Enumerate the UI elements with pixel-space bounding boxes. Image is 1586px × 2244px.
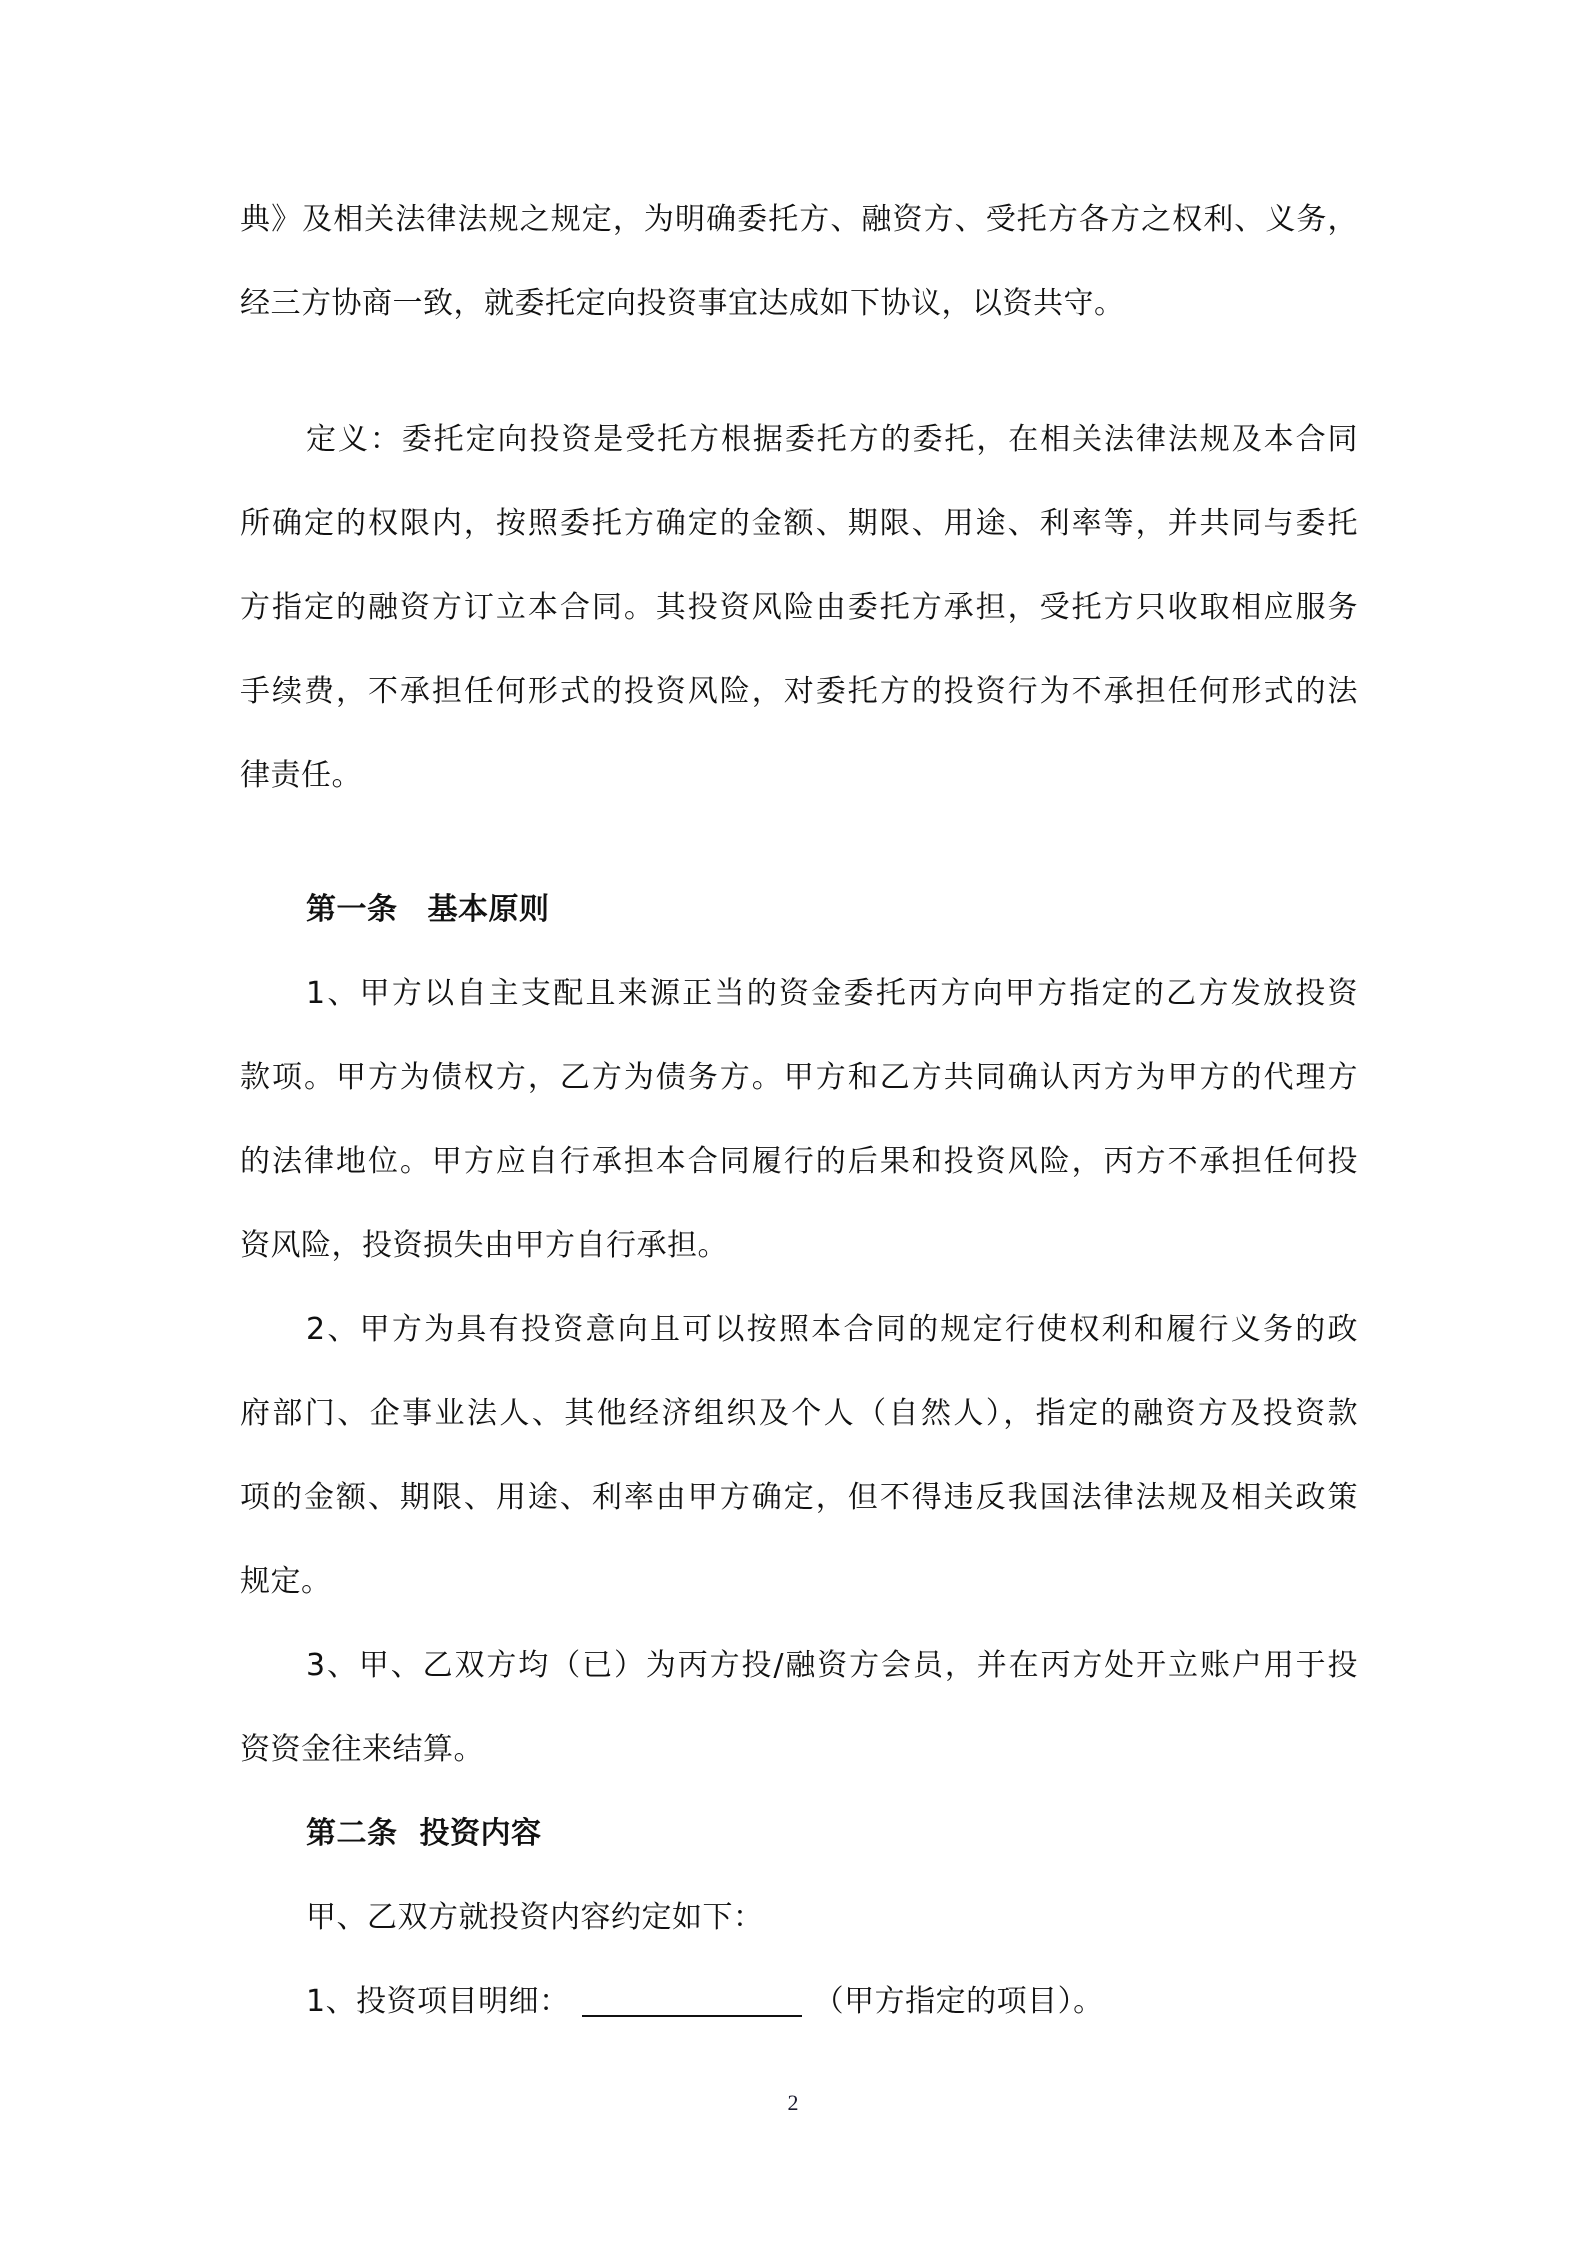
clause-2-line-4: 规定。 [240,1562,332,1602]
clause-3-line-2: 资资金往来结算。 [240,1730,484,1770]
intro-line-1: 典》及相关法律法规之规定，为明确委托方、融资方、受托方各方之权利、义务， [240,200,1358,240]
definition-line-4: 手续费，不承担任何形式的投资风险，对委托方的投资行为不承担任何形式的法 [240,672,1358,712]
clause-2-line-2: 府部门、企事业法人、其他经济组织及个人（自然人），指定的融资方及投资款 [240,1394,1358,1434]
page-number: 2 [0,2090,1586,2116]
investment-project-label: 1、投资项目明细： [306,1984,570,2019]
article-2-item-1: 1、投资项目明细：（甲方指定的项目）。 [306,1982,1104,2022]
clause-2-line-3: 项的金额、期限、用途、利率由甲方确定，但不得违反我国法律法规及相关政策 [240,1478,1358,1518]
definition-line-3: 方指定的融资方订立本合同。其投资风险由委托方承担，受托方只收取相应服务 [240,588,1358,628]
article-2-number: 第二条 [306,1816,398,1851]
article-1-heading: 第一条基本原则 [306,890,550,930]
clause-1-line-4: 资风险，投资损失由甲方自行承担。 [240,1226,728,1266]
definition-line-5: 律责任。 [240,756,362,796]
article-2-heading: 第二条投资内容 [306,1814,542,1854]
article-2-intro: 甲、乙双方就投资内容约定如下： [306,1898,764,1938]
definition-line-2: 所确定的权限内，按照委托方确定的金额、期限、用途、利率等，并共同与委托 [240,504,1358,544]
intro-line-2: 经三方协商一致，就委托定向投资事宜达成如下协议，以资共守。 [240,284,1125,324]
clause-1-line-1: 1、甲方以自主支配且来源正当的资金委托丙方向甲方指定的乙方发放投资 [306,974,1358,1014]
article-2-title: 投资内容 [420,1816,542,1851]
article-1-number: 第一条 [306,892,398,927]
clause-2-line-1: 2、甲方为具有投资意向且可以按照本合同的规定行使权利和履行义务的政 [306,1310,1358,1350]
investment-project-blank-field[interactable] [582,1985,802,2017]
clause-1-line-3: 的法律地位。甲方应自行承担本合同履行的后果和投资风险，丙方不承担任何投 [240,1142,1358,1182]
clause-1-line-2: 款项。甲方为债权方，乙方为债务方。甲方和乙方共同确认丙方为甲方的代理方 [240,1058,1358,1098]
clause-3-line-1: 3、甲、乙双方均（已）为丙方投/融资方会员，并在丙方处开立账户用于投 [306,1646,1358,1686]
definition-line-1: 定义：委托定向投资是受托方根据委托方的委托，在相关法律法规及本合同 [306,420,1358,460]
article-1-title: 基本原则 [428,892,550,927]
investment-project-note: （甲方指定的项目）。 [814,1984,1104,2019]
